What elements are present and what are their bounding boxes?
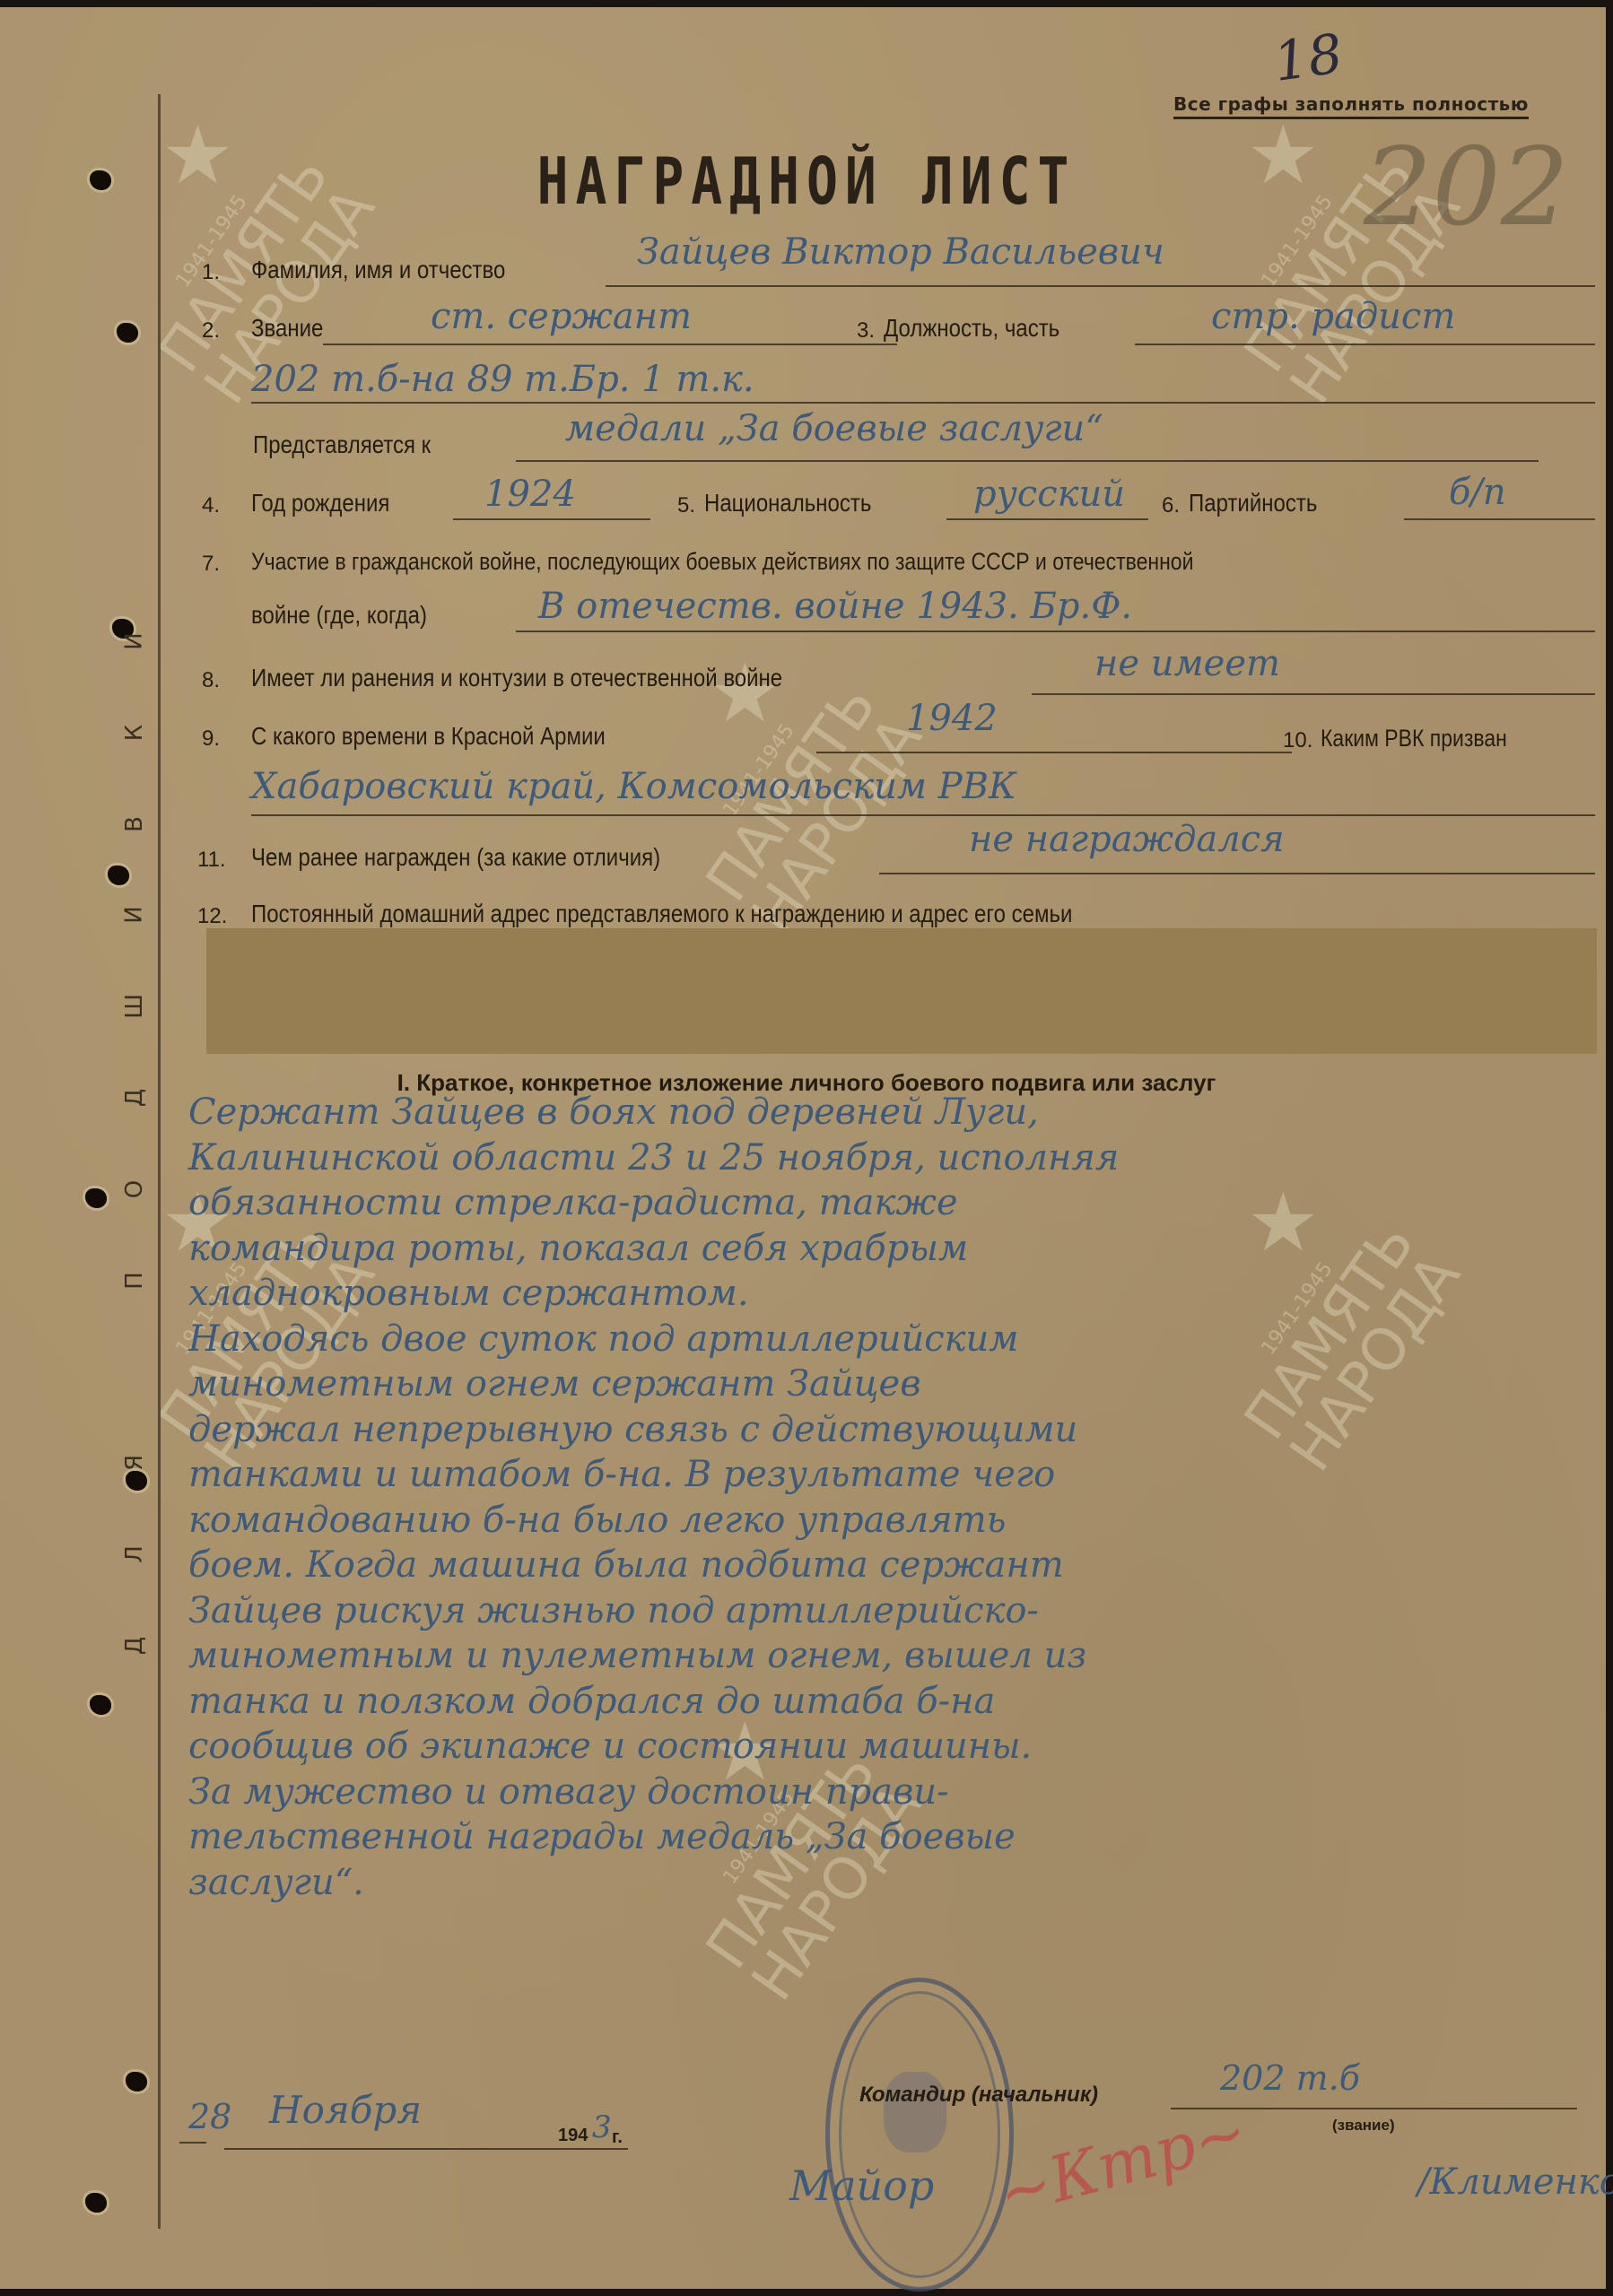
- field-number: 9.: [202, 726, 220, 752]
- field-label: Должность, часть: [884, 315, 1059, 344]
- field-label: Чем ранее награжден (за какие отличия): [251, 844, 660, 873]
- feat-line: хладнокровным сержантом.: [188, 1271, 1588, 1317]
- feat-line: Находясь двое суток под артиллерийским: [188, 1317, 1588, 1362]
- scan-border-top: [0, 0, 1613, 7]
- feat-line: сообщив об экипаже и состоянии машины.: [188, 1724, 1588, 1770]
- fill-line: [516, 631, 1595, 632]
- field-value-unit: 202 т.б-на 89 т.Бр. 1 т.к.: [251, 359, 754, 400]
- field-number: 3.: [857, 318, 875, 344]
- date-year-suffix: 3: [592, 2109, 612, 2145]
- field-number: 1.: [202, 260, 220, 285]
- fill-line: [1404, 518, 1595, 520]
- fill-line: [251, 814, 1595, 816]
- field-number: 7.: [202, 552, 220, 577]
- document-title: НАГРАДНОЙ ЛИСТ: [0, 143, 1613, 220]
- feat-line: командира роты, показал себя храбрым: [188, 1226, 1588, 1272]
- fill-instruction: Все графы заполнять полностью: [1173, 93, 1529, 119]
- commander-unit: 202 т.б: [1220, 2058, 1360, 2098]
- field-label: Год рождения: [251, 490, 389, 518]
- commander-signature: /Клименко/: [1417, 2161, 1613, 2203]
- field-number: 5.: [677, 493, 695, 518]
- punch-hole: [90, 1695, 111, 1715]
- field-value-rvk: Хабаровский край, Комсомольским РВК: [251, 766, 1016, 807]
- field-label: Каким РВК призван: [1321, 725, 1507, 752]
- feat-line: тельственной награды медаль „За боевые: [188, 1814, 1588, 1860]
- field-value-party: б/п: [1449, 472, 1506, 513]
- date-month: Ноября: [269, 2088, 422, 2132]
- fill-line: [453, 518, 650, 520]
- feat-line: танками и штабом б-на. В результате чего: [188, 1452, 1588, 1498]
- field-number: 6.: [1162, 493, 1180, 518]
- punch-hole: [117, 323, 138, 343]
- feat-line: минометным и пулеметным огнем, вышел из: [188, 1633, 1588, 1679]
- feat-line: танка и ползком добрался до штаба б-на: [188, 1679, 1588, 1725]
- field-number: 11.: [197, 848, 226, 873]
- field-label: Постоянный домашний адрес представляемог…: [251, 900, 1072, 929]
- sheet-number: 18: [1270, 22, 1347, 94]
- fill-line: [224, 2148, 556, 2150]
- field-value-full-name: Зайцев Виктор Васильевич: [637, 231, 1164, 273]
- feat-line: Зайцев рискуя жизнью под артиллерийско-: [188, 1588, 1588, 1634]
- date-day: 28: [188, 2097, 231, 2136]
- field-value-position: стр. радист: [1211, 296, 1455, 337]
- field-value-previous-awards: не награждался: [969, 819, 1285, 860]
- field-label: Имеет ли ранения и контузии в отечествен…: [251, 665, 782, 693]
- field-label: Фамилия, имя и отчество: [251, 257, 505, 285]
- punch-hole: [85, 2193, 107, 2213]
- fill-line: [251, 402, 1595, 404]
- field-value-war-participation: В отечеств. войне 1943. Бр.Ф.: [538, 586, 1132, 627]
- feat-line: заслуги“.: [188, 1860, 1588, 1906]
- field-value-wounds: не имеет: [1094, 643, 1280, 684]
- field-label: Звание: [251, 315, 323, 344]
- field-number: 12.: [197, 904, 227, 929]
- margin-binding-label: ДЛ Я. ПО ДШ ИВ КИ: [117, 628, 153, 1659]
- date-year-g: г.: [612, 2127, 623, 2148]
- fill-line: [879, 873, 1595, 874]
- punch-hole: [85, 1188, 107, 1208]
- rank-caption: (звание): [1332, 2117, 1395, 2135]
- feat-line: командованию б-на было легко управлять: [188, 1498, 1588, 1544]
- field-number: 2.: [202, 318, 220, 344]
- redacted-address-block: [206, 928, 1597, 1054]
- field-value-rank: ст. сержант: [431, 296, 692, 337]
- feat-line: держал непрерывную связь с действующими: [188, 1407, 1588, 1453]
- fill-line: [946, 518, 1148, 520]
- field-number: 10.: [1283, 728, 1312, 753]
- field-label: Участие в гражданской войне, последующих…: [251, 548, 1193, 576]
- feat-line: За мужество и отвагу достоин прави-: [188, 1770, 1588, 1815]
- field-value-birth-year: 1924: [484, 474, 576, 515]
- fill-line: [1135, 344, 1595, 345]
- fill-line: [516, 460, 1539, 462]
- field-label: войне (где, когда): [251, 602, 427, 631]
- punch-hole: [126, 2072, 147, 2092]
- feat-line: обязанности стрелка-радиста, также: [188, 1180, 1588, 1226]
- scan-border-right: [1606, 0, 1613, 2296]
- field-label: С какого времени в Красной Армии: [251, 723, 606, 752]
- fill-line: [816, 752, 1292, 753]
- field-value-nationality: русский: [973, 474, 1125, 515]
- fill-line: [556, 2148, 628, 2150]
- feat-line: боем. Когда машина была подбита сержант: [188, 1543, 1588, 1588]
- field-label: Национальность: [704, 490, 871, 518]
- feat-line: минометным огнем сержант Зайцев: [188, 1361, 1588, 1407]
- field-value-award: медали „За боевые заслуги“: [565, 408, 1103, 449]
- commander-rank: Майор: [789, 2161, 934, 2210]
- date-year-prefix: 194: [558, 2126, 588, 2146]
- feat-line: Сержант Зайцев в боях под деревней Луги,: [188, 1090, 1588, 1135]
- feat-description: Сержант Зайцев в боях под деревней Луги,…: [188, 1090, 1588, 1905]
- fill-line: [606, 285, 1595, 287]
- fill-line: [1032, 693, 1595, 695]
- field-label: Представляется к: [253, 431, 431, 460]
- scan-border-bottom: [0, 2289, 1613, 2296]
- binding-margin-line: [158, 94, 161, 2229]
- commander-label: Командир (начальник): [859, 2083, 1098, 2108]
- field-number: 8.: [202, 668, 220, 693]
- field-label: Партийность: [1189, 490, 1317, 518]
- fill-line: [179, 2142, 206, 2144]
- fill-line: [323, 344, 897, 345]
- feat-line: Калининской области 23 и 25 ноября, испо…: [188, 1135, 1588, 1181]
- field-value-army-since: 1942: [906, 698, 998, 739]
- field-number: 4.: [202, 493, 220, 518]
